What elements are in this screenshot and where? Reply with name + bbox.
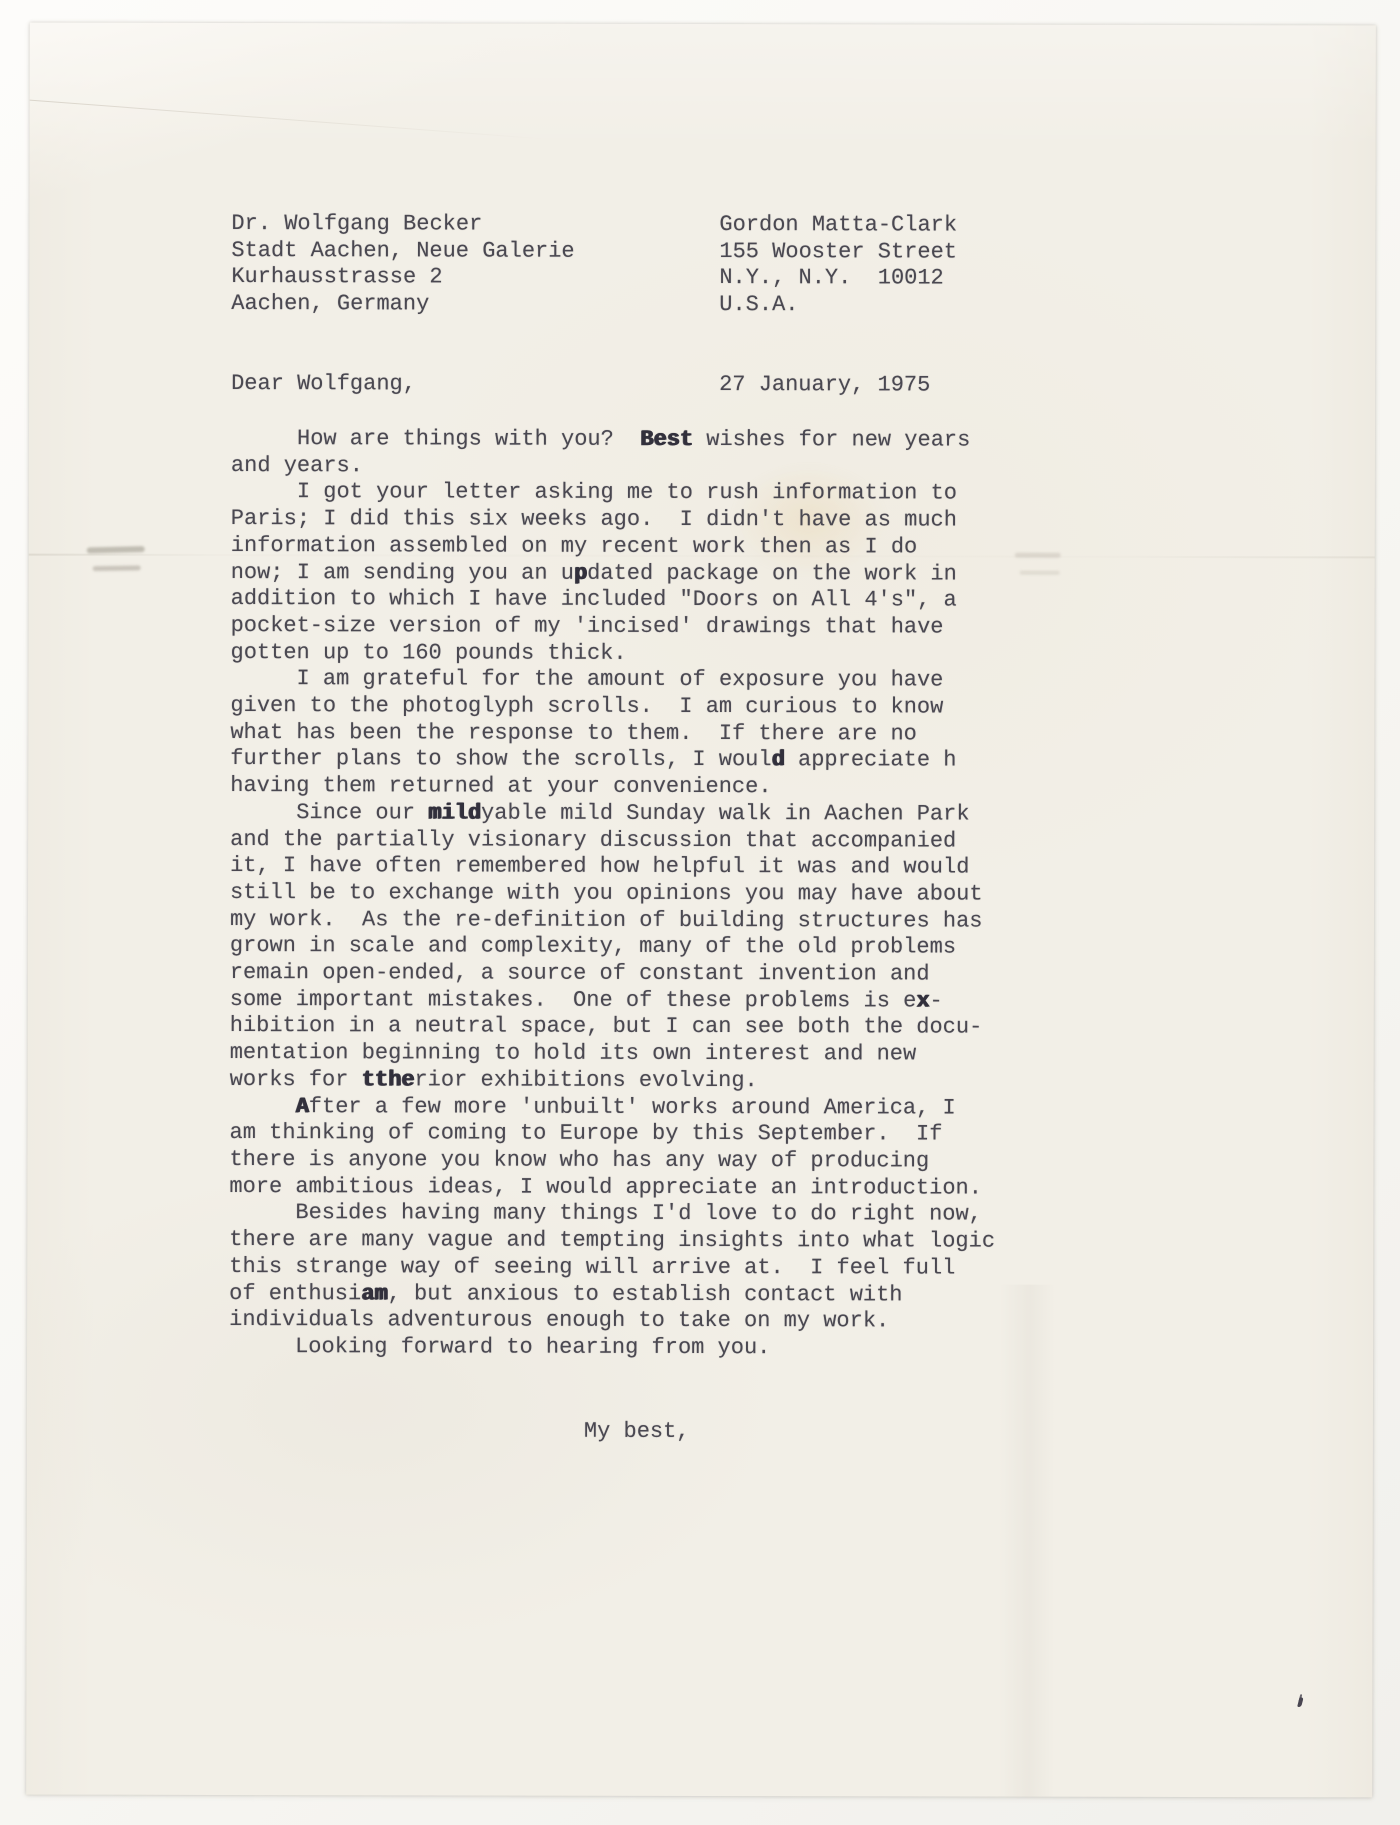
overstrike-text: Best [640, 427, 693, 452]
salutation: Dear Wolfgang, [231, 371, 416, 398]
letter-line: gotten up to 160 pounds thick. [231, 640, 997, 668]
overstrike-text: A [296, 1094, 309, 1119]
sender-address-line: Gordon Matta-Clark [719, 212, 957, 239]
letter-line: of enthusiam, but anxious to establish c… [229, 1281, 995, 1309]
letter-line: individuals adventurous enough to take o… [229, 1307, 995, 1335]
overstrike-text: x [916, 988, 929, 1013]
ink-speck [1297, 1697, 1303, 1708]
fold-smudge [87, 546, 145, 553]
overstrike-text: tthe [362, 1067, 415, 1092]
line-segment: grown in scale and complexity, many of t… [230, 933, 956, 960]
line-segment: this strange way of seeing will arrive a… [229, 1254, 955, 1281]
line-segment: of enthusi [229, 1281, 361, 1306]
sender-address-line: 155 Wooster Street [719, 239, 957, 266]
line-segment: gotten up to 160 pounds thick. [231, 640, 627, 666]
line-segment: pocket-size version of my 'incised' draw… [231, 613, 944, 639]
letter-line: Besides having many things I'd love to d… [229, 1200, 995, 1228]
line-segment: and years. [231, 453, 363, 478]
letter-line: I got your letter asking me to rush info… [231, 479, 997, 507]
line-segment: mentation beginning to hold its own inte… [230, 1040, 917, 1066]
letter-line: addition to which I have included "Doors… [231, 586, 997, 614]
line-segment: wishes for new years [693, 427, 970, 453]
letter-line: having them returned at your convenience… [230, 773, 996, 801]
overstrike-text: p [574, 560, 587, 585]
letter-line: it, I have often remembered how helpful … [230, 853, 996, 881]
letter-line: pocket-size version of my 'incised' draw… [231, 613, 997, 641]
overstrike-text: d [772, 748, 785, 773]
letter-line: mentation beginning to hold its own inte… [230, 1040, 996, 1068]
line-segment: Since our [230, 800, 428, 825]
letter-line: I am grateful for the amount of exposure… [230, 666, 996, 694]
letter-line: grown in scale and complexity, many of t… [230, 933, 996, 961]
letter-paper: Dr. Wolfgang BeckerStadt Aachen, Neue Ga… [26, 23, 1376, 1798]
line-segment: addition to which I have included "Doors… [231, 586, 957, 613]
recipient-address: Dr. Wolfgang BeckerStadt Aachen, Neue Ga… [231, 211, 574, 319]
letter-line: there is anyone you know who has any way… [229, 1147, 995, 1175]
recipient-address-line: Stadt Aachen, Neue Galerie [231, 238, 574, 265]
fold-smudge [1020, 571, 1060, 575]
letter-line: am thinking of coming to Europe by this … [230, 1120, 996, 1148]
line-segment [230, 1094, 296, 1119]
sender-address-line: N.Y., N.Y. 10012 [719, 265, 957, 292]
line-segment: Besides having many things I'd love to d… [229, 1200, 982, 1227]
letter-line: remain open-ended, a source of constant … [230, 960, 996, 988]
letter-line: After a few more 'unbuilt' works around … [230, 1094, 996, 1122]
line-segment: some important mistakes. One of these pr… [230, 987, 917, 1013]
line-segment: dated package on the work in [587, 560, 957, 586]
line-segment: my work. As the re-definition of buildin… [230, 907, 983, 934]
vertical-fold-line [998, 1285, 1055, 1797]
line-segment: information assembled on my recent work … [231, 533, 918, 559]
letter-line: some important mistakes. One of these pr… [230, 987, 996, 1015]
letter-line: what has been the response to them. If t… [230, 720, 996, 748]
fold-smudge [1015, 553, 1061, 558]
line-segment: further plans to show the scrolls, I wou… [230, 746, 771, 772]
line-segment: am thinking of coming to Europe by this … [230, 1120, 943, 1146]
letter-line: Since our mildyable mild Sunday walk in … [230, 800, 996, 828]
line-segment: - [930, 988, 943, 1013]
line-segment: Paris; I did this six weeks ago. I didn'… [231, 506, 957, 533]
letter-line: information assembled on my recent work … [231, 533, 997, 561]
line-segment: having them returned at your convenience… [230, 773, 771, 799]
line-segment: fter a few more 'unbuilt' works around A… [309, 1094, 956, 1120]
line-segment: there is anyone you know who has any way… [229, 1147, 929, 1173]
date-line: 27 January, 1975 [719, 372, 930, 399]
overstrike-text: am [361, 1281, 387, 1306]
recipient-address-line: Dr. Wolfgang Becker [231, 211, 574, 238]
line-segment: more ambitious ideas, I would appreciate… [229, 1174, 982, 1201]
line-segment: rior exhibitions evolving. [414, 1067, 757, 1093]
fold-smudge [93, 565, 141, 571]
line-segment: hibition in a neutral space, but I can s… [230, 1013, 983, 1040]
letter-line: hibition in a neutral space, but I can s… [230, 1013, 996, 1041]
line-segment: given to the photoglyph scrolls. I am cu… [230, 693, 943, 719]
letter-line: given to the photoglyph scrolls. I am cu… [230, 693, 996, 721]
sender-address: Gordon Matta-Clark155 Wooster StreetN.Y.… [719, 212, 957, 319]
line-segment: appreciate h [785, 748, 957, 773]
letter-line: Paris; I did this six weeks ago. I didn'… [231, 506, 997, 534]
letter-line: this strange way of seeing will arrive a… [229, 1254, 995, 1282]
letter-line: there are many vague and tempting insigh… [229, 1227, 995, 1255]
line-segment: Looking forward to hearing from you. [229, 1334, 770, 1360]
line-segment: yable mild Sunday walk in Aachen Park [481, 800, 970, 826]
line-segment: it, I have often remembered how helpful … [230, 853, 969, 880]
line-segment: what has been the response to them. If t… [230, 720, 917, 746]
line-segment: I am grateful for the amount of exposure… [230, 666, 943, 692]
closing: My best, [584, 1419, 690, 1446]
letter-line: further plans to show the scrolls, I wou… [230, 746, 996, 774]
line-segment: still be to exchange with you opinions y… [230, 880, 983, 907]
line-segment: now; I am sending you an u [231, 560, 574, 586]
line-segment: individuals adventurous enough to take o… [229, 1307, 889, 1333]
letter-line: How are things with you? Best wishes for… [231, 426, 997, 454]
line-segment: there are many vague and tempting insigh… [229, 1227, 995, 1254]
sender-address-line: U.S.A. [719, 292, 957, 319]
letter-line: and the partially visionary discussion t… [230, 827, 996, 855]
recipient-address-line: Aachen, Germany [231, 291, 574, 318]
line-segment: , but anxious to establish contact with [388, 1281, 903, 1307]
letter-line: more ambitious ideas, I would appreciate… [229, 1174, 995, 1202]
letter-line: still be to exchange with you opinions y… [230, 880, 996, 908]
letter-line: and years. [231, 453, 997, 481]
line-segment: and the partially visionary discussion t… [230, 827, 956, 854]
letter-line: works for ttherior exhibitions evolving. [230, 1067, 996, 1095]
letter-body: How are things with you? Best wishes for… [229, 426, 997, 1362]
scan-background: Dr. Wolfgang BeckerStadt Aachen, Neue Ga… [0, 0, 1400, 1825]
overstrike-text: mild [428, 800, 481, 825]
line-segment: I got your letter asking me to rush info… [231, 479, 957, 506]
line-segment: remain open-ended, a source of constant … [230, 960, 930, 986]
letter-line: Looking forward to hearing from you. [229, 1334, 995, 1362]
line-segment: works for [230, 1067, 362, 1092]
recipient-address-line: Kurhausstrasse 2 [231, 264, 574, 291]
letter-line: my work. As the re-definition of buildin… [230, 907, 996, 935]
letter-line: now; I am sending you an updated package… [231, 560, 997, 588]
line-segment: How are things with you? [231, 426, 640, 452]
